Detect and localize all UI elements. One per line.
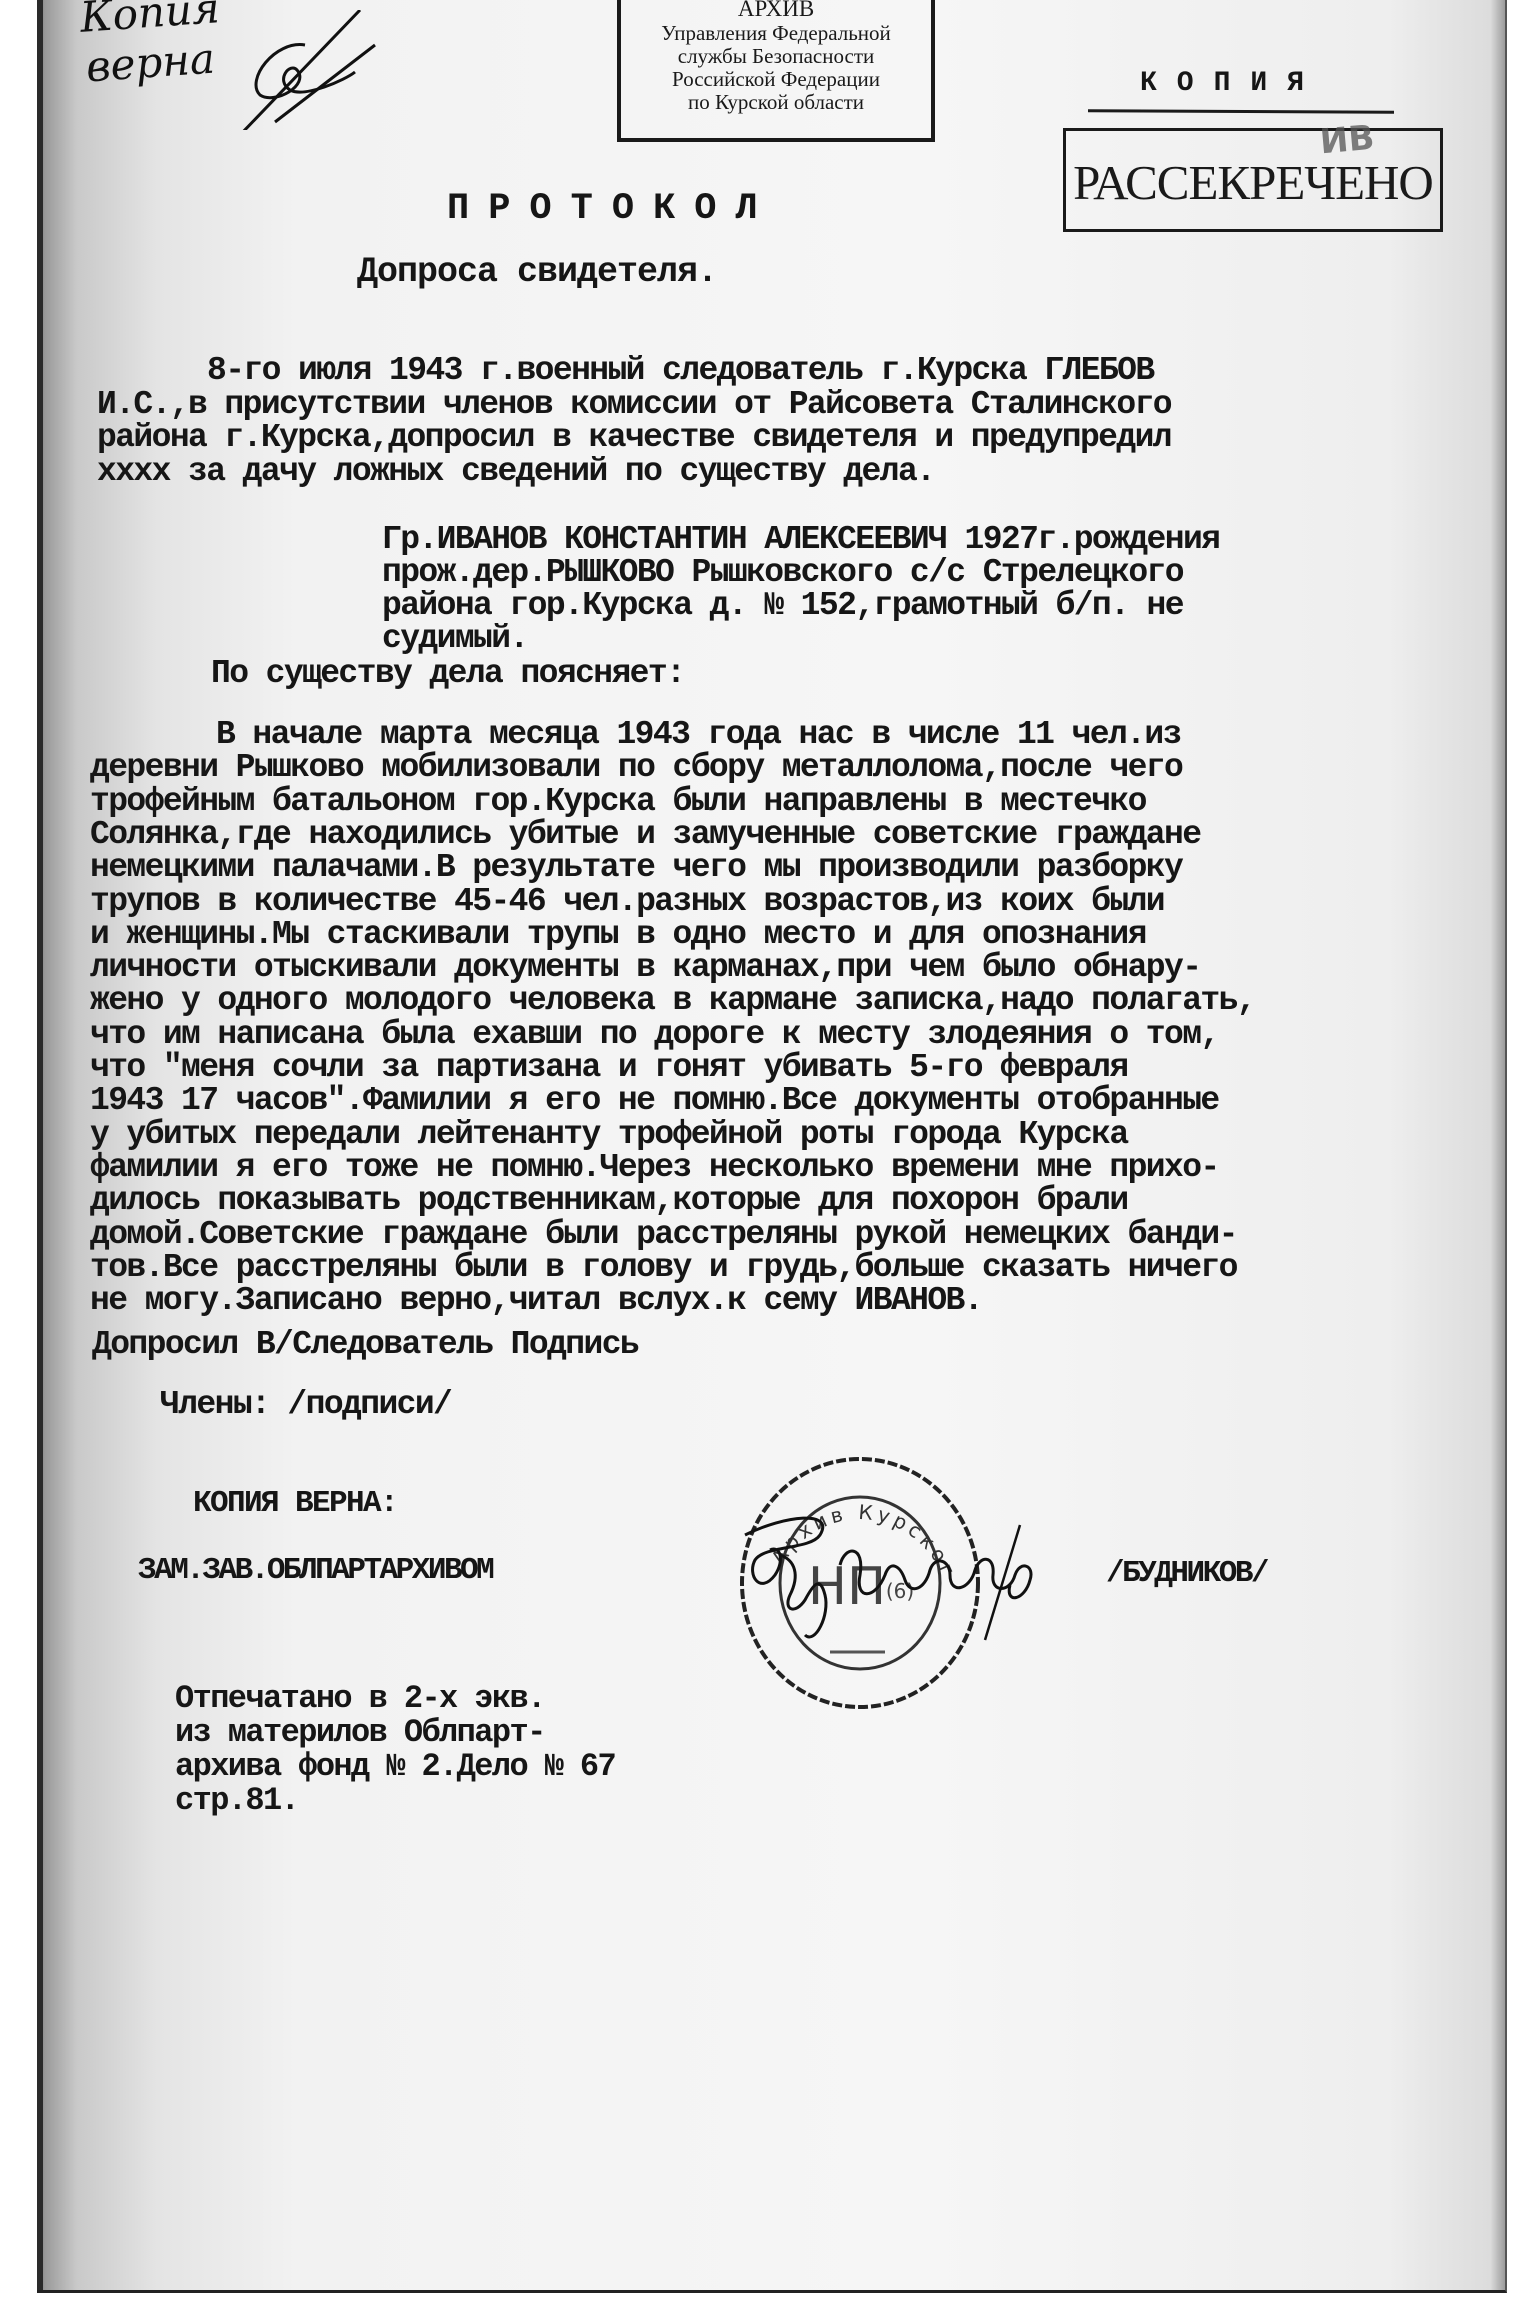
handwritten-note-line-2: верна xyxy=(84,34,216,92)
archive-stamp-line: службы Безопасности xyxy=(621,45,931,68)
testimony-line: В начале марта месяца 1943 года нас в чи… xyxy=(216,716,1181,753)
handwritten-signature-budnikov-icon xyxy=(725,1505,1085,1655)
copy-certified-label: КОПИЯ ВЕРНА: xyxy=(193,1486,397,1521)
testimony-line: не могу.Записано верно,читал вслух.к сем… xyxy=(90,1282,982,1319)
print-note-line: из материлов Облпарт- xyxy=(175,1714,545,1751)
members-signatures: Члены: /подписи/ xyxy=(160,1386,451,1423)
testimony-line: жено у одного молодого человека в карман… xyxy=(90,982,1255,1019)
document-subtitle: Допроса свидетеля. xyxy=(357,252,717,292)
testimony-line: что им написана была ехавши по дороге к … xyxy=(90,1016,1219,1053)
testimony-line: дилось показывать родственникам,которые … xyxy=(90,1182,1128,1219)
archive-stamp-line: Российской Федерации xyxy=(621,68,931,91)
testimony-line: тов.Все расстреляны были в голову и груд… xyxy=(90,1249,1237,1286)
handwritten-signature-icon xyxy=(235,10,385,130)
archive-stamp-line: АРХИВ xyxy=(621,0,931,22)
testimony-line: Солянка,где находились убитые и замученн… xyxy=(90,816,1200,853)
print-note-line: Отпечатано в 2-х экв. xyxy=(175,1680,545,1717)
witness-line: Гр.ИВАНОВ КОНСТАНТИН АЛЕКСЕЕВИЧ 1927г.ро… xyxy=(382,521,1219,558)
intro-line: хххх за дачу ложных сведений по существу… xyxy=(97,453,934,490)
testimony-line: домой.Советские граждане были расстрелян… xyxy=(90,1216,1237,1253)
testimony-line: фамилии я его тоже не помню.Через нескол… xyxy=(90,1149,1219,1186)
declassified-stamp: РАССЕКРЕЧЕНО xyxy=(1063,128,1443,232)
testimony-line: что "меня сочли за партизана и гонят уби… xyxy=(90,1049,1128,1086)
testimony-line: трофейным батальоном гор.Курска были нап… xyxy=(90,783,1146,820)
testimony-line: трупов в количестве 45-46 чел.разных воз… xyxy=(90,883,1164,920)
explains-heading: По существу дела поясняет: xyxy=(211,655,684,692)
signatory-name: /БУДНИКОВ/ xyxy=(1106,1556,1267,1591)
intro-line: И.С.,в присутствии членов комиссии от Ра… xyxy=(97,386,1171,423)
print-note-line: архива фонд № 2.Дело № 67 xyxy=(175,1748,615,1785)
testimony-line: немецкими палачами.В результате чего мы … xyxy=(90,849,1182,886)
testimony-line: деревни Рышково мобилизовали по сбору ме… xyxy=(90,749,1182,786)
testimony-line: у убитых передали лейтенанту трофейной р… xyxy=(90,1116,1128,1153)
witness-line: судимый. xyxy=(382,620,528,657)
testimony-line: личности отыскивали документы в карманах… xyxy=(90,949,1200,986)
interrogated-by: Допросил В/Следователь Подпись xyxy=(92,1326,638,1363)
witness-line: прож.дер.РЫШКОВО Рышковского с/с Стрелец… xyxy=(382,554,1183,591)
copy-mark: КОПИЯ xyxy=(1140,68,1324,99)
print-note-line: стр.81. xyxy=(175,1782,298,1819)
intro-line: района г.Курска,допросил в качестве свид… xyxy=(97,419,1171,456)
archive-stamp-line: Управления Федеральной xyxy=(621,22,931,45)
witness-line: района гор.Курска д. № 152,грамотный б/п… xyxy=(382,587,1183,624)
testimony-line: и женщины.Мы стаскивали трупы в одно мес… xyxy=(90,916,1146,953)
document-title: ПРОТОКОЛ xyxy=(447,188,777,230)
declassified-overmark: ИВ xyxy=(1318,118,1376,163)
testimony-line: 1943 17 часов".Фамилии я его не помню.Вс… xyxy=(90,1082,1219,1119)
intro-line: 8-го июля 1943 г.военный следователь г.К… xyxy=(207,352,1154,389)
deputy-title: ЗАМ.ЗАВ.ОБЛПАРТАРХИВОМ xyxy=(138,1553,492,1588)
archive-stamp-line: по Курской области xyxy=(621,91,931,114)
archive-stamp: АРХИВ Управления Федеральной службы Безо… xyxy=(617,0,935,142)
